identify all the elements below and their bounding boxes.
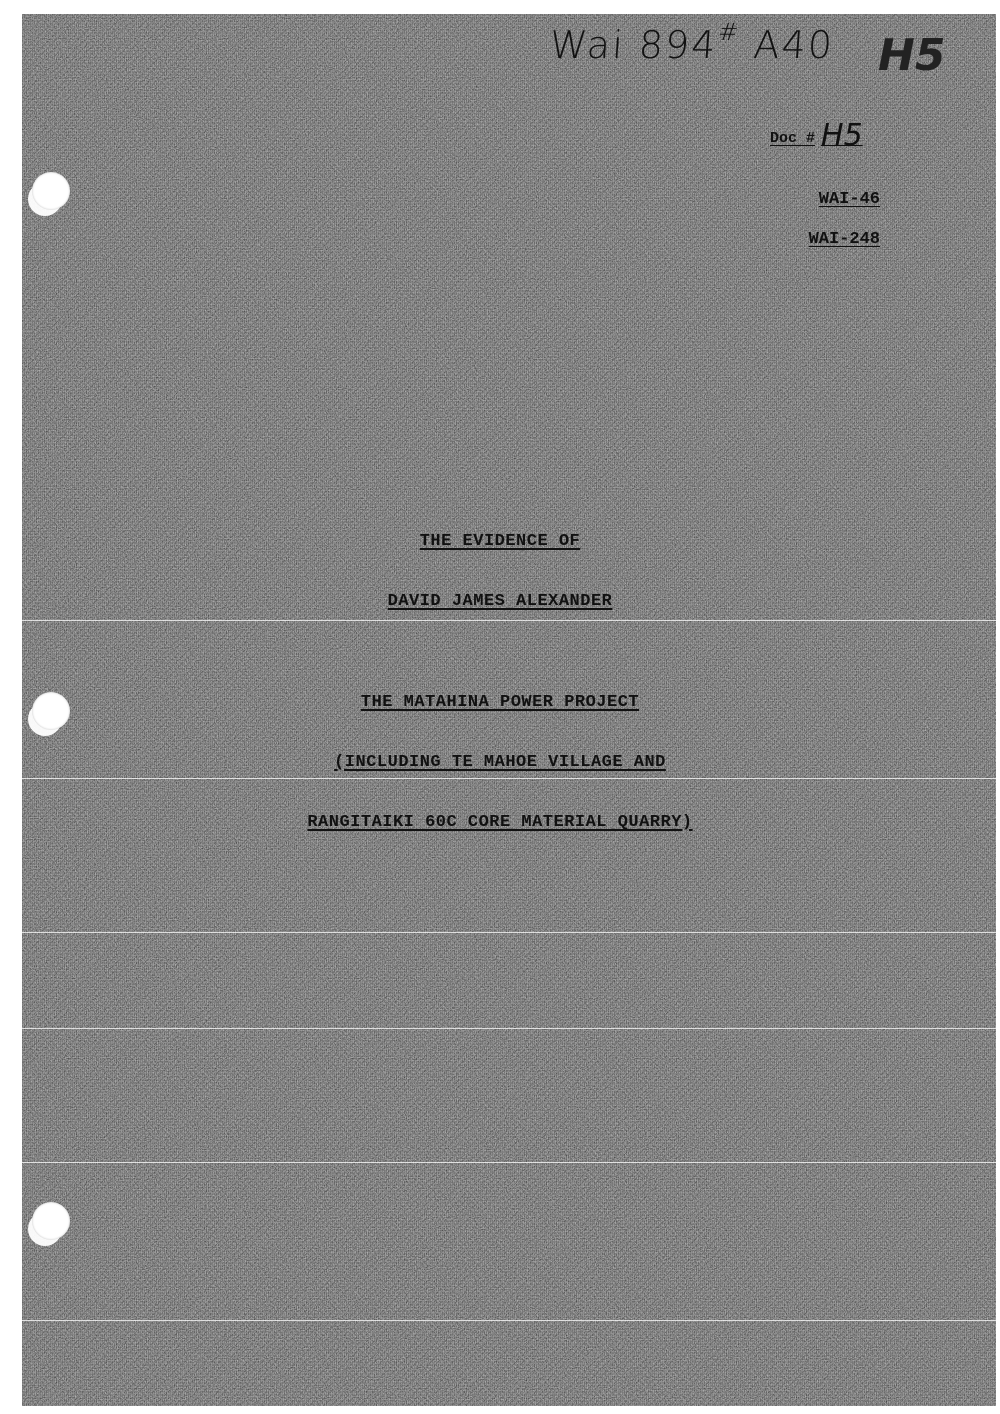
binder-hole-top	[32, 172, 70, 210]
scan-artifact-line	[22, 932, 996, 933]
scan-artifact-line	[22, 620, 996, 621]
claim-number-wai-248: WAI-248	[809, 230, 880, 249]
scan-artifact-line	[22, 1028, 996, 1029]
scan-artifact-line	[22, 778, 996, 779]
scan-artifact-line	[22, 1320, 996, 1321]
title-subtitle-line-2: RANGITAIKI 60C CORE MATERIAL QUARRY)	[0, 813, 1000, 832]
title-witness-name: DAVID JAMES ALEXANDER	[0, 592, 1000, 611]
handwritten-wai-number: Wai 894	[548, 23, 719, 67]
scan-artifact-line	[22, 1162, 996, 1163]
handwritten-document-code: H5	[878, 30, 945, 81]
handwritten-reference: Wai 894# A40	[548, 18, 836, 67]
title-subtitle-line-1: (INCLUDING TE MAHOE VILLAGE AND	[0, 753, 1000, 772]
doc-number-handwritten: H5	[821, 118, 863, 153]
handwritten-record-number: A40	[752, 23, 835, 67]
doc-number-label: Doc #H5	[770, 118, 863, 153]
title-evidence-of: THE EVIDENCE OF	[0, 532, 1000, 551]
doc-label-text: Doc #	[770, 130, 815, 147]
handwritten-hash: #	[717, 18, 741, 46]
claim-number-wai-46: WAI-46	[819, 190, 880, 209]
binder-hole-bottom	[32, 1202, 70, 1240]
title-project-name: THE MATAHINA POWER PROJECT	[0, 693, 1000, 712]
